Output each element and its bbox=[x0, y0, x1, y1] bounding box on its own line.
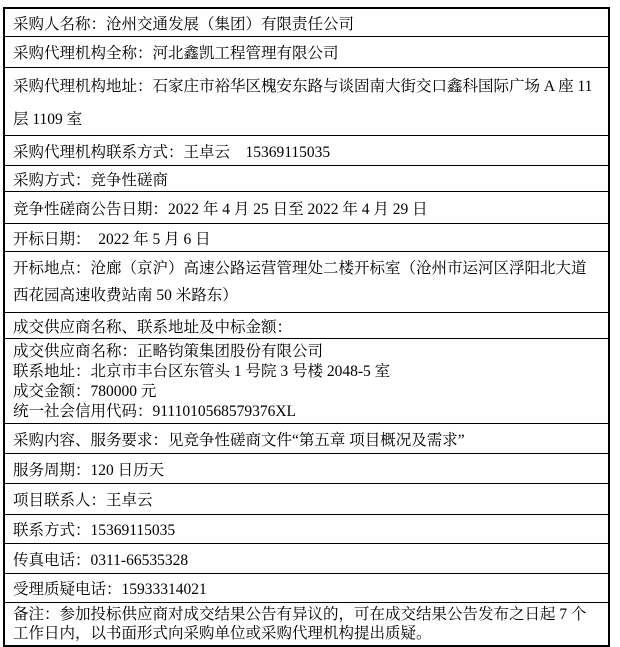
table-row-agency-address: 采购代理机构地址：石家庄市裕华区槐安东路与谈固南大街交口鑫科国际广场 A 座 1… bbox=[5, 68, 608, 136]
table-row-project-contact: 项目联系人：王卓云 bbox=[5, 484, 608, 515]
announcement-dates-text: 竞争性磋商公告日期：2022 年 4 月 25 日至 2022 年 4 月 29… bbox=[13, 197, 428, 219]
procurement-announcement-table: 采购人名称：沧州交通发展（集团）有限责任公司 采购代理机构全称：河北鑫凯工程管理… bbox=[3, 7, 610, 647]
winner-section-header-text: 成交供应商名称、联系地址及中标金额： bbox=[13, 315, 292, 337]
procurement-content-text: 采购内容、服务要求：见竞争性磋商文件“第五章 项目概况及需求” bbox=[13, 428, 465, 450]
table-row-procurement-method: 采购方式：竞争性磋商 bbox=[5, 166, 608, 192]
winner-details-text: 成交供应商名称：正略钧策集团股份有限公司 联系地址：北京市丰台区东管头 1 号院… bbox=[13, 343, 390, 420]
agency-full-name-text: 采购代理机构全称：河北鑫凯工程管理有限公司 bbox=[13, 41, 339, 63]
contact-phone-text: 联系方式：15369115035 bbox=[13, 518, 175, 540]
table-row-remarks: 备注：参加投标供应商对成交结果公告有异议的，可在成交结果公告发布之日起 7 个 … bbox=[5, 603, 608, 645]
inquiry-phone-text: 受理质疑电话：15933314021 bbox=[13, 577, 207, 599]
table-row-procurement-content: 采购内容、服务要求：见竞争性磋商文件“第五章 项目概况及需求” bbox=[5, 424, 608, 454]
procurement-method-text: 采购方式：竞争性磋商 bbox=[13, 168, 168, 190]
bid-opening-date-text: 开标日期： 2022 年 5 月 6 日 bbox=[13, 227, 211, 249]
table-row-service-period: 服务周期：120 日历天 bbox=[5, 454, 608, 484]
table-row-inquiry-phone: 受理质疑电话：15933314021 bbox=[5, 574, 608, 603]
table-row-winner-details: 成交供应商名称：正略钧策集团股份有限公司 联系地址：北京市丰台区东管头 1 号院… bbox=[5, 339, 608, 424]
remarks-text: 备注：参加投标供应商对成交结果公告有异议的，可在成交结果公告发布之日起 7 个 … bbox=[13, 606, 587, 642]
table-row-agency-contact: 采购代理机构联系方式：王卓云 15369115035 bbox=[5, 136, 608, 166]
table-row-agency-full-name: 采购代理机构全称：河北鑫凯工程管理有限公司 bbox=[5, 37, 608, 68]
service-period-text: 服务周期：120 日历天 bbox=[13, 458, 164, 480]
table-row-announcement-dates: 竞争性磋商公告日期：2022 年 4 月 25 日至 2022 年 4 月 29… bbox=[5, 192, 608, 224]
bid-opening-location-text: 开标地点：沧廊（京沪）高速公路运营管理处二楼开标室（沧州市运河区浮阳北大道 西花… bbox=[13, 260, 587, 304]
table-row-bid-opening-location: 开标地点：沧廊（京沪）高速公路运营管理处二楼开标室（沧州市运河区浮阳北大道 西花… bbox=[5, 252, 608, 313]
table-row-purchaser-name: 采购人名称：沧州交通发展（集团）有限责任公司 bbox=[5, 9, 608, 37]
agency-contact-text: 采购代理机构联系方式：王卓云 15369115035 bbox=[13, 140, 330, 162]
table-row-bid-opening-date: 开标日期： 2022 年 5 月 6 日 bbox=[5, 224, 608, 252]
project-contact-text: 项目联系人：王卓云 bbox=[13, 488, 153, 510]
table-row-fax-phone: 传真电话：0311-66535328 bbox=[5, 544, 608, 574]
purchaser-name-text: 采购人名称：沧州交通发展（集团）有限责任公司 bbox=[13, 12, 354, 34]
agency-address-text: 采购代理机构地址：石家庄市裕华区槐安东路与谈固南大街交口鑫科国际广场 A 座 1… bbox=[13, 78, 592, 128]
table-row-winner-section-header: 成交供应商名称、联系地址及中标金额： bbox=[5, 313, 608, 339]
table-row-contact-phone: 联系方式：15369115035 bbox=[5, 515, 608, 544]
fax-phone-text: 传真电话：0311-66535328 bbox=[13, 548, 188, 570]
